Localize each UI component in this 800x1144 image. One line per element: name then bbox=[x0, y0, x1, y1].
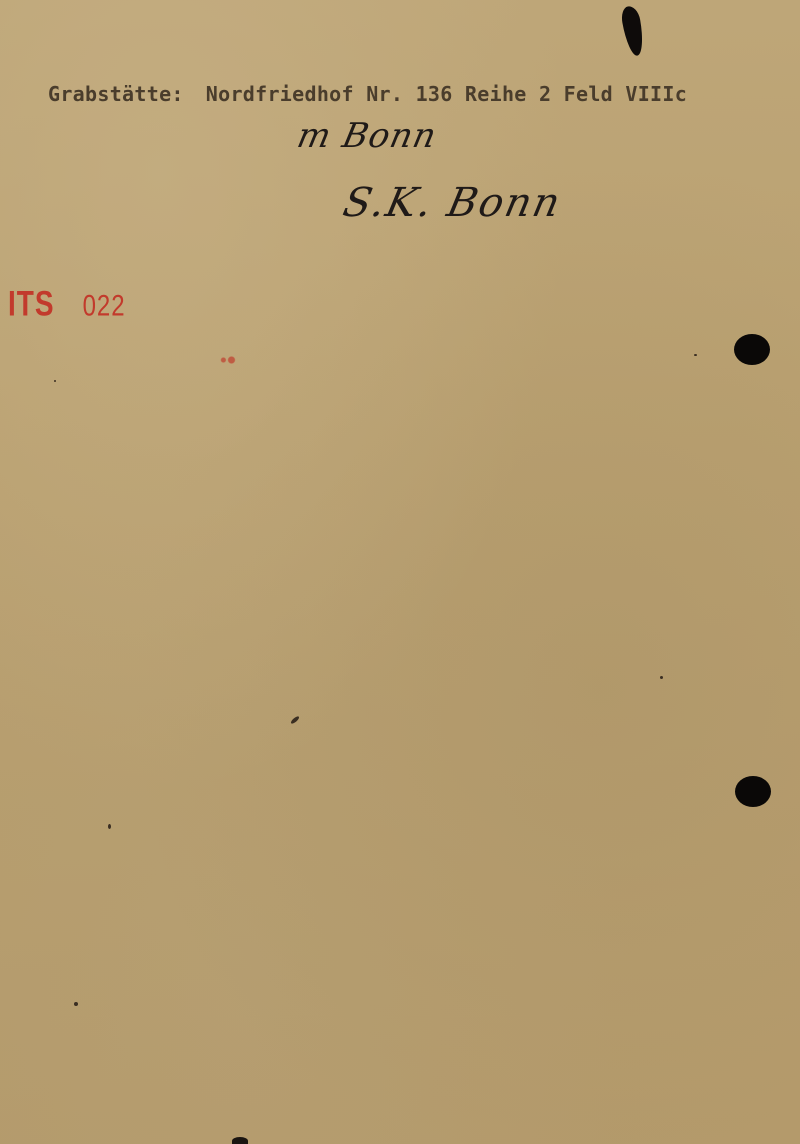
ink-blot-mark bbox=[620, 5, 646, 57]
handwritten-note-line2: S.K. Bonn bbox=[339, 180, 566, 226]
grave-site-value: Nordfriedhof Nr. 136 Reihe 2 Feld VIIIc bbox=[206, 82, 687, 106]
document-card: Grabstätte:Nordfriedhof Nr. 136 Reihe 2 … bbox=[0, 0, 800, 1144]
handwritten-note-line1: m Bonn bbox=[294, 116, 441, 156]
its-stamp: ITS022 bbox=[8, 284, 126, 324]
red-ink-speck bbox=[218, 356, 236, 364]
paper-speck bbox=[660, 676, 663, 679]
paper-speck bbox=[54, 380, 56, 382]
stamp-prefix: ITS bbox=[8, 284, 55, 323]
paper-speck bbox=[74, 1002, 78, 1006]
paper-speck bbox=[694, 354, 697, 356]
punch-hole-upper bbox=[734, 334, 770, 365]
paper-speck bbox=[108, 824, 111, 829]
grave-site-line: Grabstätte:Nordfriedhof Nr. 136 Reihe 2 … bbox=[48, 82, 687, 106]
paper-speck bbox=[290, 715, 300, 724]
bottom-edge-mark bbox=[232, 1137, 248, 1144]
stamp-number: 022 bbox=[83, 289, 126, 323]
grave-site-label: Grabstätte: bbox=[48, 82, 184, 106]
punch-hole-lower bbox=[735, 776, 771, 807]
